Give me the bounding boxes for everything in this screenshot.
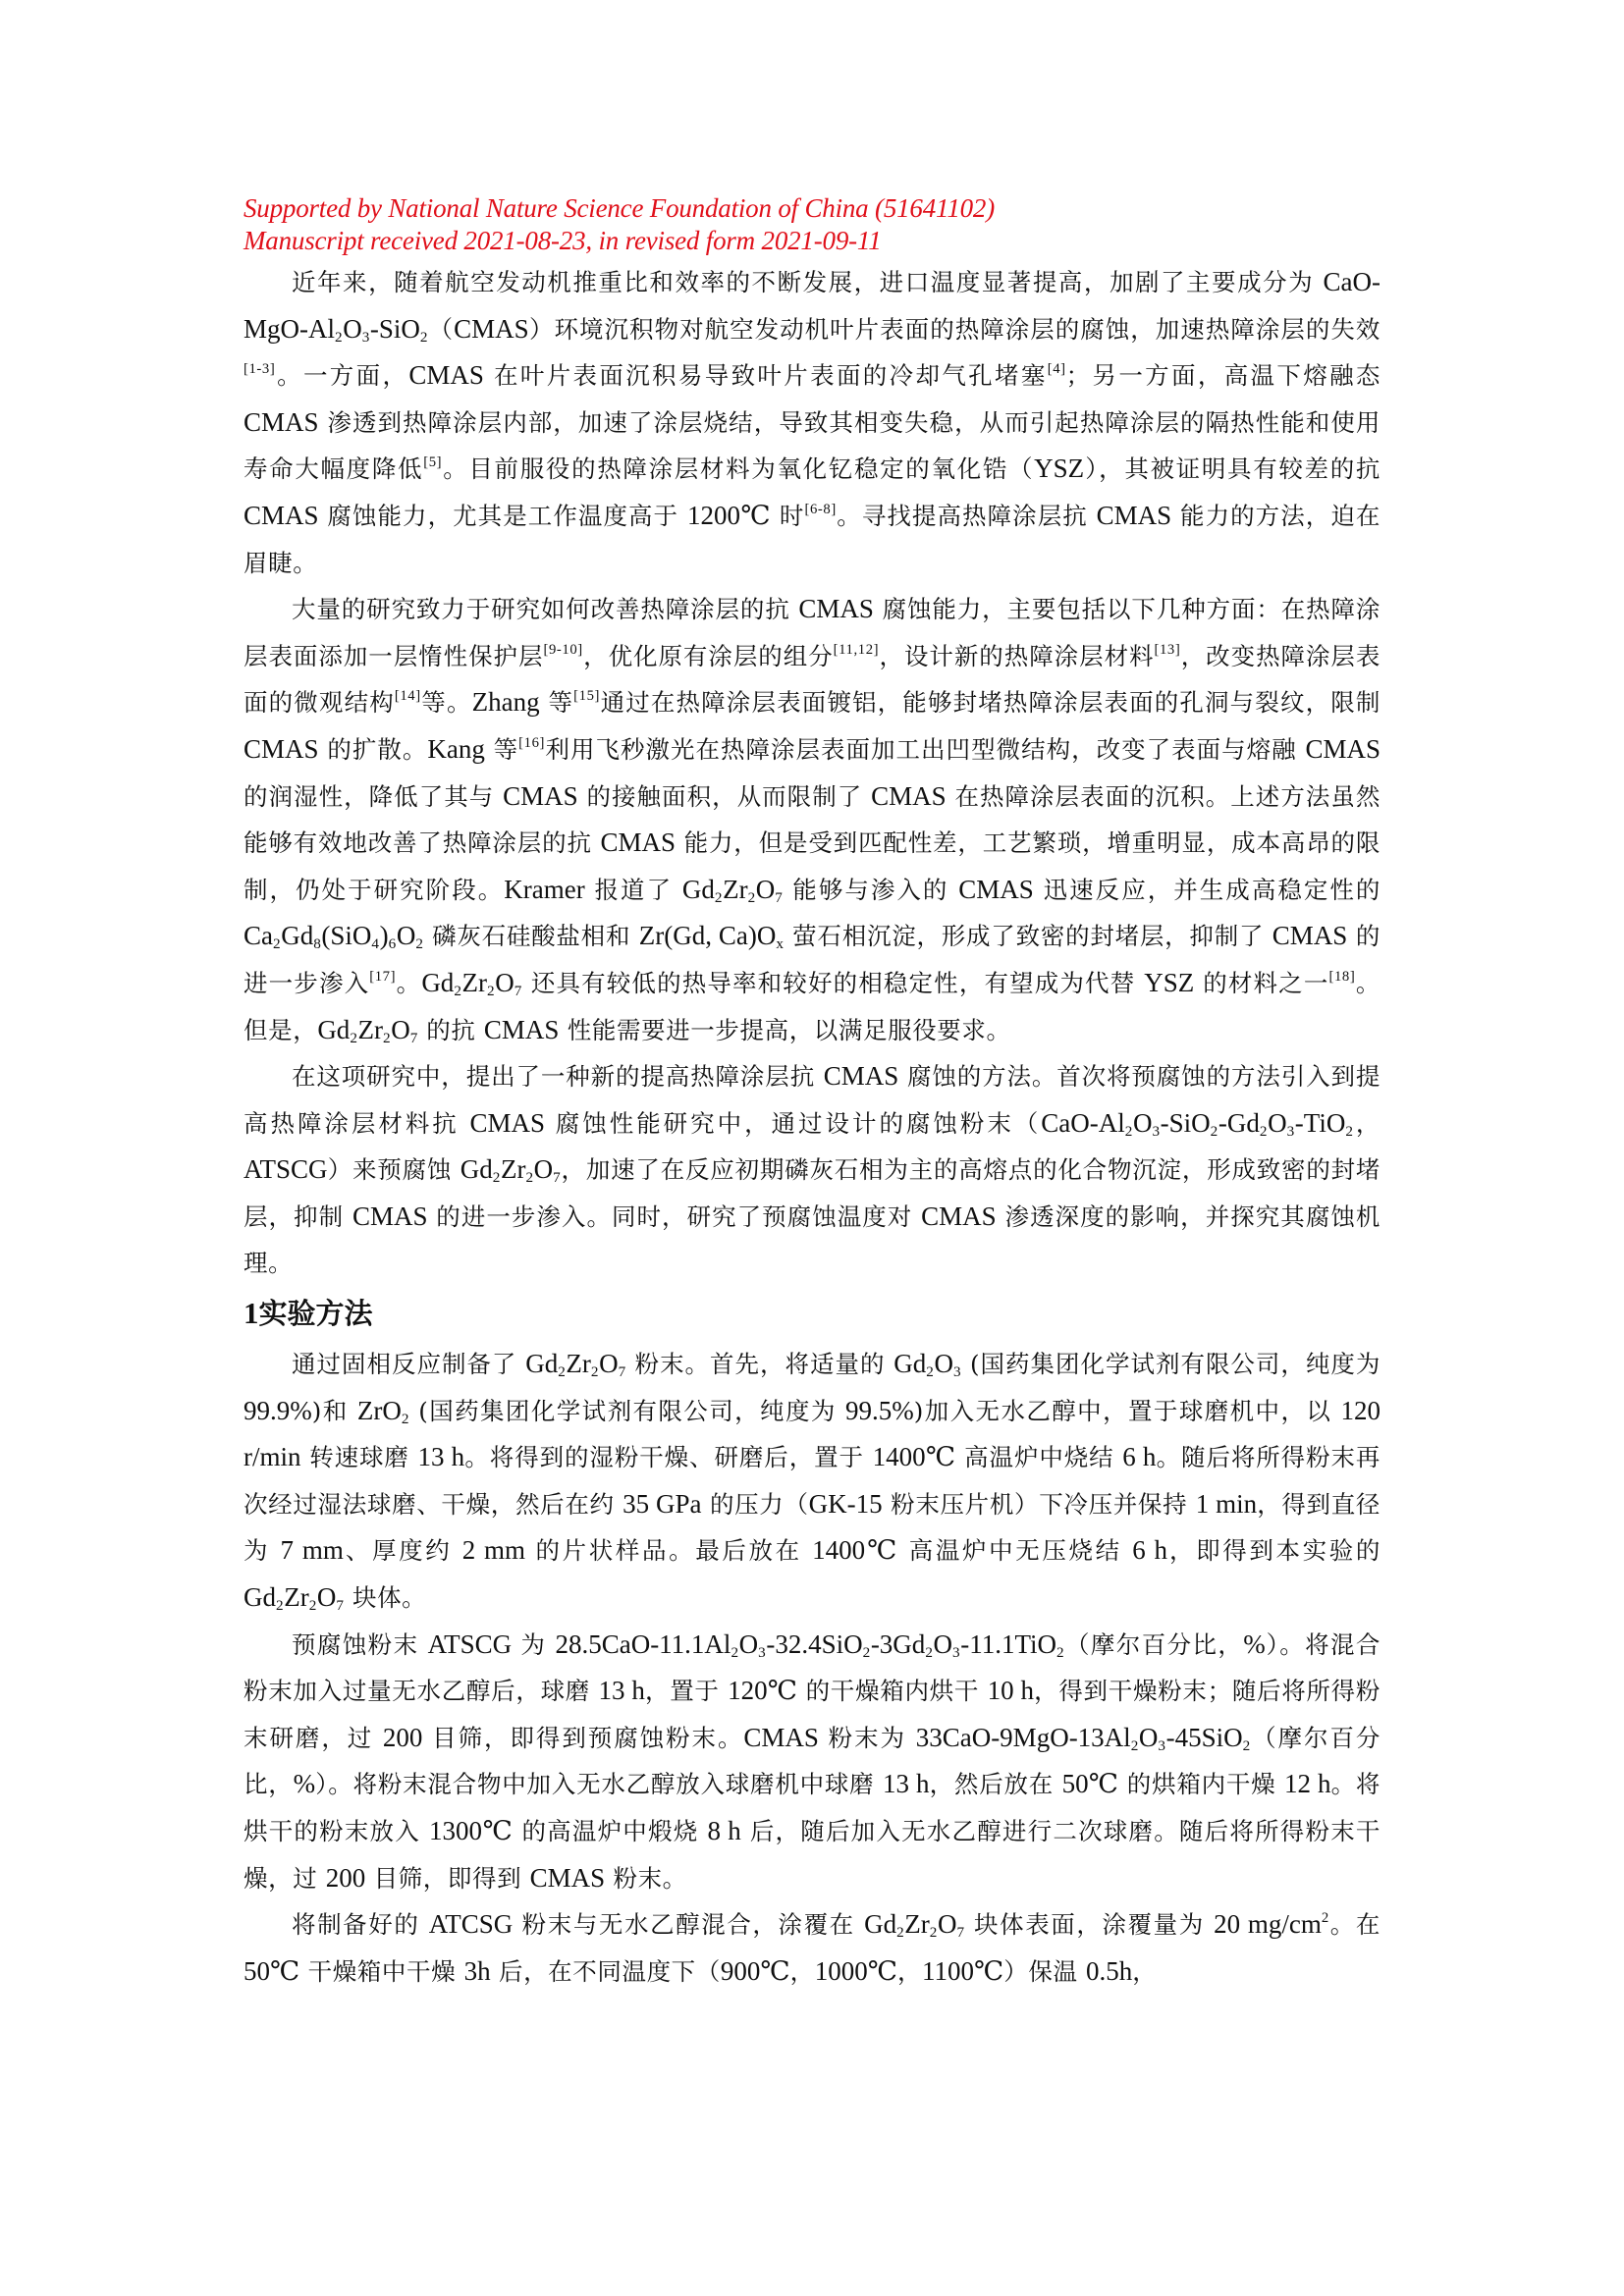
latin-text: (SiO [321,921,371,950]
latin-text: 13 h [883,1769,929,1798]
subscript: 2 [487,983,495,999]
subscript: 2 [309,1597,317,1614]
latin-text: CMAS [871,781,947,811]
text-run: 将制备好的 [292,1910,429,1939]
funding-note: Supported by National Nature Science Fou… [244,192,1380,257]
subscript: 7 [619,1363,626,1380]
latin-text: -SiO [370,314,420,344]
text-run: 。在 [1329,1910,1380,1939]
latin-text: 99.9% [244,1396,312,1425]
text-run: 目筛，即得到预腐蚀粉末。 [422,1724,743,1752]
text-run: 的润湿性，降低了其与 [244,782,503,811]
text-run: 性能需要进一步提高，以满足服役要求。 [559,1016,1010,1044]
latin-text: O [1133,1108,1153,1138]
latin-text: CMAS [454,314,529,344]
text-run: ）保温 [1003,1957,1086,1986]
latin-text: O [938,1909,957,1939]
subscript: 2 [402,1410,409,1426]
latin-text: 900℃ [721,1956,790,1986]
latin-text: O [534,1154,554,1184]
subscript: 2 [383,1029,391,1045]
latin-text: YSZ [1144,968,1194,997]
subscript: 7 [775,889,783,906]
methods-paragraph-3: 将制备好的 ATCSG 粉末与无水乙醇混合，涂覆在 Gd2Zr2O7 块体表面，… [244,1901,1380,1995]
latin-text: CMAS [824,1061,899,1091]
latin-text: 0.5h [1086,1956,1132,1986]
latin-text: 1 min [1196,1489,1257,1519]
latin-text: 6 h [1122,1442,1156,1471]
subscript: 2 [1131,1737,1139,1754]
subscript: 2 [925,1643,933,1660]
latin-text: Zr(Gd, Ca)O [639,921,777,950]
citation: [4] [1048,361,1066,377]
text-run: 腐蚀能力，尤其是工作温度高于 [319,502,687,530]
latin-text: 13 h [418,1442,465,1471]
latin-text: CMAS [1097,501,1172,530]
latin-text: 1400℃ [812,1535,898,1565]
citation: [15] [573,688,600,704]
text-run: 迅速反应，并生成高稳定性的 [1034,876,1380,904]
citation: [5] [423,454,442,470]
text-run: 的材料之一 [1194,969,1328,997]
subscript: 4 [371,935,379,952]
subscript: 2 [715,889,723,906]
latin-text: 99.5% [845,1396,914,1425]
subscript: 2 [273,935,281,952]
latin-text: CMAS [503,781,578,811]
latin-text: 10 h [988,1676,1034,1705]
latin-text: % [294,1769,316,1798]
text-run: ，置于 [645,1677,728,1705]
latin-text: 1100℃ [922,1956,1003,1986]
citation: [6-8] [804,502,836,517]
text-run: 的接触面积，从而限制了 [578,782,871,811]
latin-text: Zr [462,968,487,997]
intro-paragraph-1: 近年来，随着航空发动机推重比和效率的不断发展，进口温度显著提高，加剧了主要成分为… [244,259,1380,586]
subscript: 2 [1260,1122,1268,1139]
text-run: 萤石相沉淀，形成了致密的封堵层，抑制了 [785,922,1272,950]
latin-text: 1300℃ [429,1816,513,1845]
citation: [1-3] [244,361,275,377]
superscript: 2 [1322,1910,1329,1926]
latin-text: Gd [244,1582,276,1612]
latin-text: Gd [460,1154,493,1184]
latin-text: -45SiO [1166,1723,1243,1752]
latin-text: 20 mg/cm [1214,1909,1322,1939]
citation: [11,12] [834,642,879,658]
text-run: 、厚度约 [344,1536,462,1565]
subscript: 2 [591,1363,599,1380]
latin-text: 7 mm [281,1535,344,1565]
text-run: 的高温炉中煅烧 [513,1817,707,1845]
section-number: 1 [244,1296,259,1330]
subscript: 2 [748,889,756,906]
latin-text: 200 [326,1863,366,1893]
latin-text: CMAS [743,1723,819,1752]
subscript: 7 [410,1029,418,1045]
latin-text: O [934,1629,953,1659]
subscript: 3 [362,328,370,345]
latin-text: Zr [501,1154,525,1184]
latin-text: 120℃ [728,1676,797,1705]
latin-text: ATSCG [428,1629,513,1659]
latin-text: GK-15 [809,1489,883,1519]
citation: [9-10] [543,642,582,658]
subscript: 3 [953,1363,961,1380]
text-run: 的扩散。 [319,735,428,764]
subscript: 2 [1243,1737,1251,1754]
text-run: 等 [485,735,518,764]
latin-text: Zr [358,1015,383,1044]
text-run: 粉末与无水乙醇混合，涂覆在 [513,1910,864,1939]
latin-text: 1000℃ [815,1956,897,1986]
text-run: 能够与渗入的 [784,876,959,904]
latin-text: O [495,968,514,997]
latin-text: Zr [723,875,747,904]
funding-line: Supported by National Nature Science Fou… [244,192,1380,225]
latin-text: O [343,314,362,344]
latin-text: O [934,1349,953,1378]
text-run: (国药集团化学试剂有限公司，纯度为 [961,1350,1380,1378]
latin-text: O [599,1349,619,1378]
intro-paragraph-2: 大量的研究致力于研究如何改善热障涂层的抗 CMAS 腐蚀能力，主要包括以下几种方… [244,586,1380,1053]
latin-text: -Gd [1218,1108,1260,1138]
text-run: 的干燥箱内烘干 [797,1677,988,1705]
text-run: 的抗 [418,1016,484,1044]
section-title: 实验方法 [259,1297,373,1330]
text-run: 。寻找提高热障涂层抗 [837,502,1097,530]
text-run: 的进一步渗入。同时，研究了预腐蚀温度对 [427,1202,921,1231]
text-run: 通过固相反应制备了 [292,1350,525,1378]
latin-text: Gd [682,875,715,904]
latin-text: CMAS [470,1108,546,1138]
latin-text: Gd [317,1015,350,1044]
latin-text: 200 [383,1723,423,1752]
text-run: 报道了 [585,876,682,904]
latin-text: O [1139,1723,1159,1752]
latin-text: Gd [281,921,313,950]
text-run: 等 [540,688,574,717]
document-page: Supported by National Nature Science Fou… [244,192,1380,1995]
latin-text: CMAS [921,1201,997,1231]
subscript: 2 [454,983,461,999]
latin-text: O [1268,1108,1287,1138]
subscript: 2 [420,328,428,345]
subscript: 3 [1152,1122,1160,1139]
subscript: 6 [389,935,397,952]
text-run: 转速球磨 [301,1443,418,1471]
text-run: 在这项研究中，提出了一种新的提高热障涂层抗 [292,1062,824,1091]
text-run: 粉末。 [605,1864,687,1893]
latin-text: CMAS [1272,921,1348,950]
latin-text: ATSCG [244,1154,328,1184]
latin-text: CMAS [798,594,874,623]
latin-text: Zr [904,1909,929,1939]
text-run: ，设计新的热障涂层材料 [879,642,1154,670]
latin-text: 6 h [1132,1535,1167,1565]
text-run: 大量的研究致力于研究如何改善热障涂层的抗 [292,595,798,623]
latin-text: O [756,875,776,904]
subscript: 2 [493,1169,501,1186]
latin-text: CMAS [352,1201,428,1231]
citation: [13] [1154,642,1180,658]
latin-text: -SiO [1161,1108,1211,1138]
text-run: 粉末。首先，将适量的 [626,1350,893,1378]
latin-text: 28.5CaO-11.1Al [555,1629,731,1659]
latin-text: YSZ [1034,454,1084,483]
subscript: 7 [336,1597,344,1614]
text-run: ， [1354,1109,1380,1138]
text-run: 的压力（ [701,1490,808,1519]
latin-text: 50℃ [1062,1769,1119,1798]
text-run: ；另一方面，高温下熔融态 [1066,361,1380,390]
subscript: 2 [525,1169,533,1186]
text-run: 块体表面，涂覆量为 [965,1910,1214,1939]
subscript: 2 [1125,1122,1133,1139]
text-run: (国药集团化学试剂有限公司，纯度为 [409,1397,845,1425]
text-run: 目筛，即得到 [365,1864,529,1893]
subscript: 3 [952,1643,960,1660]
latin-text: Zr [566,1349,590,1378]
text-run: 粉末为 [819,1724,916,1752]
latin-text: ATCSG [429,1909,514,1939]
latin-text: CMAS [244,501,319,530]
latin-text: Gd [864,1909,896,1939]
text-run: 。将得到的湿粉干燥、研磨后，置于 [464,1443,873,1471]
latin-text: Gd [421,968,454,997]
text-run: ），其被证明具有较差的抗 [1084,454,1380,483]
latin-text: -32.4SiO [766,1629,862,1659]
text-run: ）。将粉末混合物中加入无水乙醇放入球磨机中球磨 [315,1770,883,1798]
latin-text: CMAS [530,1863,606,1893]
subscript: 7 [514,983,522,999]
text-run: )加入无水乙醇中，置于球磨机中，以 [914,1397,1341,1425]
text-run: 。目前服役的热障涂层材料为氧化钇稳定的氧化锆（ [442,454,1034,483]
subscript: 2 [1211,1122,1218,1139]
text-run: 时 [771,502,804,530]
latin-text: Zr [284,1582,308,1612]
text-run: 的片状样品。最后放在 [525,1536,812,1565]
text-run: ，即得到本实验的 [1167,1536,1380,1565]
latin-text: O [391,1015,410,1044]
subscript: 2 [335,328,343,345]
latin-text: Zhang [472,687,540,717]
subscript: 3 [1287,1122,1295,1139]
citation: [16] [518,735,545,751]
subscript: 2 [1056,1643,1064,1660]
text-run: 腐蚀性能研究中，通过设计的腐蚀粉末（ [545,1109,1041,1138]
latin-text: 1400℃ [873,1442,956,1471]
subscript: 7 [956,1924,964,1941]
text-run: 块体。 [345,1583,427,1612]
latin-text: CMAS [600,828,676,857]
subscript: 2 [731,1643,738,1660]
text-run: 后，在不同温度下（ [491,1957,721,1986]
text-run: ， [790,1957,815,1986]
text-run: )和 [312,1397,357,1425]
text-run: 通过在热障涂层表面镀铝，能够封堵热障涂层表面的孔洞与裂纹，限制 [600,688,1380,717]
text-run: （ [428,315,454,344]
intro-paragraph-3: 在这项研究中，提出了一种新的提高热障涂层抗 CMAS 腐蚀的方法。首次将预腐蚀的… [244,1053,1380,1287]
latin-text: Kang [427,734,484,764]
latin-text: ZrO [357,1396,402,1425]
text-run: 高温炉中无压烧结 [898,1536,1132,1565]
latin-text: 33CaO-9MgO-13Al [916,1723,1131,1752]
latin-text: Gd [525,1349,558,1378]
text-run: ，优化原有涂层的组分 [583,642,834,670]
latin-text: O [397,921,416,950]
latin-text: CMAS [958,875,1034,904]
text-run: （摩尔百分比， [1064,1630,1243,1659]
latin-text: CMAS [244,407,319,437]
latin-text: Gd [893,1349,926,1378]
text-run: ）来预腐蚀 [328,1155,460,1184]
text-run: 为 [512,1630,555,1659]
latin-text: CMAS [244,734,319,764]
subscript: 3 [1158,1737,1165,1754]
latin-text: 50℃ [244,1956,299,1986]
latin-text: O [739,1629,759,1659]
text-run: 还具有较低的热导率和较好的相稳定性，有望成为代替 [522,969,1144,997]
latin-text: 35 GPa [623,1489,701,1519]
latin-text: -3Gd [871,1629,926,1659]
text-run: 近年来，随着航空发动机推重比和效率的不断发展，进口温度显著提高，加剧了主要成分为 [292,268,1324,296]
text-run: 。一方面， [275,361,408,390]
latin-text: O [317,1582,337,1612]
latin-text: -11.1TiO [960,1629,1056,1659]
text-run: 干燥箱中干燥 [299,1957,463,1986]
latin-text: 1200℃ [687,501,771,530]
citation: [17] [369,969,396,985]
latin-text: ) [380,921,389,950]
text-run: ，然后放在 [929,1770,1061,1798]
latin-text: 13 h [599,1676,645,1705]
latin-text: 12 h [1284,1769,1330,1798]
subscript: 2 [276,1597,284,1614]
latin-text: 2 mm [462,1535,525,1565]
latin-text: Kramer [504,875,584,904]
citation: [14] [395,688,421,704]
text-run: 的烘箱内干燥 [1118,1770,1284,1798]
latin-text: Ca [244,921,273,950]
text-run: 预腐蚀粉末 [292,1630,428,1659]
text-run: 磷灰石硅酸盐相和 [424,922,639,950]
latin-text: CMAS [484,1015,560,1044]
latin-text: CaO-Al [1041,1108,1124,1138]
citation: [18] [1328,969,1355,985]
subscript: 2 [863,1643,871,1660]
methods-paragraph-2: 预腐蚀粉末 ATSCG 为 28.5CaO-11.1Al2O3-32.4SiO2… [244,1622,1380,1902]
text-run: ）环境沉积物对航空发动机叶片表面的热障涂层的腐蚀，加速热障涂层的失效 [529,315,1380,344]
section-heading: 1实验方法 [244,1289,1380,1338]
subscript: 2 [930,1924,938,1941]
latin-text: CMAS [408,360,484,390]
subscript: x [776,935,784,952]
text-run: 等。 [421,688,472,717]
subscript: 2 [350,1029,357,1045]
text-run: 利用飞秒激光在热障涂层表面加工出凹型微结构，改变了表面与熔融 [545,735,1305,764]
manuscript-dates-line: Manuscript received 2021-08-23, in revis… [244,225,1380,257]
latin-text: -TiO [1295,1108,1346,1138]
subscript: 2 [1345,1122,1353,1139]
text-run: 在叶片表面沉积易导致叶片表面的冷却气孔堵塞 [484,361,1048,390]
text-run: 高温炉中烧结 [955,1443,1122,1471]
latin-text: 8 h [707,1816,740,1845]
methods-paragraph-1: 通过固相反应制备了 Gd2Zr2O7 粉末。首先，将适量的 Gd2O3 (国药集… [244,1341,1380,1622]
text-run: ， [1132,1957,1157,1986]
text-run: ， [897,1957,922,1986]
text-run: 。 [396,969,421,997]
latin-text: % [1243,1629,1266,1659]
text-run: 粉末压片机）下冷压并保持 [883,1490,1196,1519]
subscript: 2 [415,935,423,952]
latin-text: CMAS [1305,734,1380,764]
latin-text: 3h [464,1956,491,1986]
